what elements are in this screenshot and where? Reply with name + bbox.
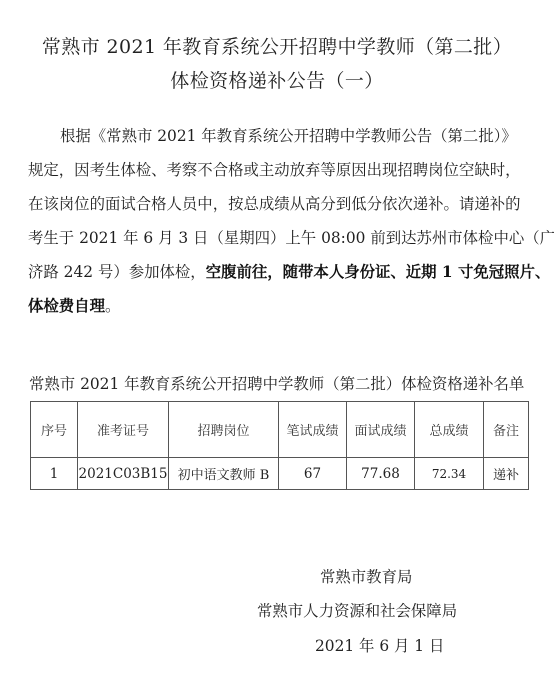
cell-remark: 递补 [484,458,529,490]
signature-date: 2021 年 6 月 1 日 [315,636,444,656]
body-line-2: 规定，因考生体检、考察不合格或主动放弃等原因出现招聘岗位空缺时， [28,153,526,187]
signature-hr-bureau: 常熟市人力资源和社会保障局 [257,601,457,621]
table-header-row: 序号 准考证号 招聘岗位 笔试成绩 面试成绩 总成绩 备注 [31,402,529,458]
document-title-line-1: 常熟市 2021 年教育系统公开招聘中学教师（第二批） [0,36,554,58]
body-line-4: 考生于 2021 年 6 月 3 日（星期四）上午 08:00 前到达苏州市体检… [28,221,526,255]
header-remark: 备注 [484,402,529,458]
roster-table: 序号 准考证号 招聘岗位 笔试成绩 面试成绩 总成绩 备注 1 2021C03B… [30,401,529,490]
header-total-score: 总成绩 [415,402,484,458]
cell-interview-score: 77.68 [347,458,415,490]
body-line-1: 根据《常熟市 2021 年教育系统公开招聘中学教师公告（第二批）》 [28,119,526,153]
body-line-6-end: 。 [105,297,120,315]
table-row: 1 2021C03B15 初中语文教师 B 67 77.68 72.34 递补 [31,458,529,490]
body-line-5-emphasis: 空腹前往，随带本人身份证、近期 1 寸免冠照片、 [206,263,551,281]
cell-position: 初中语文教师 B [169,458,279,490]
cell-exam-id: 2021C03B15 [78,458,169,490]
body-line-6-emphasis: 体检费自理 [28,297,105,315]
header-serial: 序号 [31,402,78,458]
body-line-5: 济路 242 号）参加体检，空腹前往，随带本人身份证、近期 1 寸免冠照片、 [28,255,526,289]
body-line-3: 在该岗位的面试合格人员中，按总成绩从高分到低分依次递补。请递补的 [28,187,526,221]
table-caption: 常熟市 2021 年教育系统公开招聘中学教师（第二批）体检资格递补名单 [29,373,529,395]
header-position: 招聘岗位 [169,402,279,458]
header-exam-id: 准考证号 [78,402,169,458]
header-interview-score: 面试成绩 [347,402,415,458]
cell-total-score: 72.34 [415,458,484,490]
signature-education-bureau: 常熟市教育局 [320,567,412,587]
header-written-score: 笔试成绩 [279,402,347,458]
cell-written-score: 67 [279,458,347,490]
cell-serial: 1 [31,458,78,490]
announcement-body: 根据《常熟市 2021 年教育系统公开招聘中学教师公告（第二批）》 规定，因考生… [28,119,526,323]
document-title-line-2: 体检资格递补公告（一） [0,70,554,92]
body-line-6: 体检费自理。 [28,289,526,323]
body-line-5-text: 济路 242 号）参加体检， [28,263,206,281]
